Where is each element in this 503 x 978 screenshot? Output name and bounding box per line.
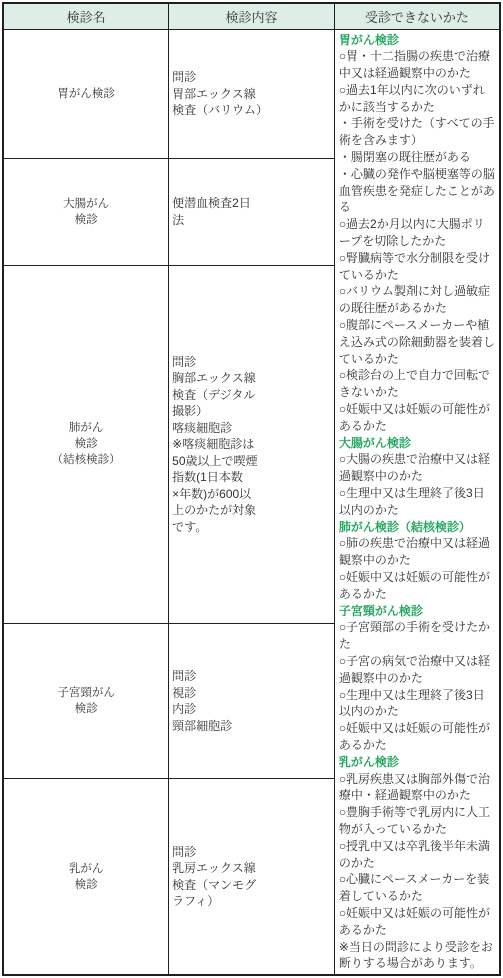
restriction-item: ・心臓の発作や脳梗塞等の脳血管疾患を発症したことがある bbox=[339, 166, 495, 216]
column-header-exam-content: 検診内容 bbox=[169, 3, 335, 29]
page: 検診名 検診内容 受診できないかた 胃がん検診 問診 胃部エックス線 検査（バリ… bbox=[0, 0, 503, 978]
column-header-exam-name: 検診名 bbox=[3, 3, 169, 29]
exam-name-breast: 乳がん 検診 bbox=[3, 779, 169, 975]
restriction-item: ○子宮の病気で治療中又は経過観察中のかた bbox=[339, 653, 495, 687]
restriction-item: ○腎臓病等で水分制限を受けているかた bbox=[339, 250, 495, 284]
exam-name-cervical: 子宮頸がん 検診 bbox=[3, 624, 169, 779]
restriction-heading-cervical: 子宮頸がん検診 bbox=[339, 603, 495, 620]
restriction-item: ○胃・十二指腸の疾患で治療中又は経過観察中のかた bbox=[339, 48, 495, 82]
restriction-item: ・手術を受けた（すべての手術を含みます） bbox=[339, 115, 495, 149]
restriction-item: ○バリウム製剤に対し過敏症の既往歴があるかた bbox=[339, 283, 495, 317]
restriction-item: ○過去2か月以内に大腸ポリープを切除したかた bbox=[339, 216, 495, 250]
restriction-heading-stomach: 胃がん検診 bbox=[339, 32, 495, 49]
restriction-section-lung: 肺がん検診（結核検診） ○肺の疾患で治療中又は経過観察中のかた ○妊娠中又は妊娠… bbox=[339, 519, 495, 603]
restriction-item: ○生理中又は生理終了後3日以内のかた bbox=[339, 485, 495, 519]
restriction-item: ○妊娠中又は妊娠の可能性があるかた bbox=[339, 569, 495, 603]
exam-name-lung: 肺がん 検診 （結核検診） bbox=[3, 265, 169, 624]
exam-content-stomach: 問診 胃部エックス線 検査（バリウム） bbox=[169, 29, 335, 159]
exam-content-cervical: 問診 視診 内診 頸部細胞診 bbox=[169, 624, 335, 779]
exam-content-breast: 問診 乳房エックス線 検査（マンモグ ラフィ） bbox=[169, 779, 335, 975]
restriction-section-colorectal: 大腸がん検診 ○大腸の疾患で治療中又は経過観察中のかた ○生理中又は生理終了後3… bbox=[339, 435, 495, 519]
column-header-restrictions: 受診できないかた bbox=[334, 3, 500, 29]
restriction-section-breast: 乳がん検診 ○乳房疾患又は胸部外傷で治療中・経過観察中のかた ○豊胸手術等で乳房… bbox=[339, 754, 495, 972]
restriction-item: ○心臓にペースメーカーを装着しているかた bbox=[339, 871, 495, 905]
restriction-section-cervical: 子宮頸がん検診 ○子宮頸部の手術を受けたかた ○子宮の病気で治療中又は経過観察中… bbox=[339, 603, 495, 754]
restriction-item: ・腸閉塞の既往歴がある bbox=[339, 149, 495, 166]
exam-name-stomach: 胃がん検診 bbox=[3, 29, 169, 159]
exam-name-colorectal: 大腸がん 検診 bbox=[3, 159, 169, 265]
screening-table: 検診名 検診内容 受診できないかた 胃がん検診 問診 胃部エックス線 検査（バリ… bbox=[2, 2, 501, 976]
restriction-item: ○授乳中又は卒乳後半年未満のかた bbox=[339, 838, 495, 872]
restriction-item: ○乳房疾患又は胸部外傷で治療中・経過観察中のかた bbox=[339, 771, 495, 805]
restriction-item: ○検診台の上で自力で回転できないかた bbox=[339, 367, 495, 401]
restriction-item: ○子宮頸部の手術を受けたかた bbox=[339, 619, 495, 653]
restriction-item: ○生理中又は生理終了後3日以内のかた bbox=[339, 687, 495, 721]
restriction-section-stomach: 胃がん検診 ○胃・十二指腸の疾患で治療中又は経過観察中のかた ○過去1年以内に次… bbox=[339, 32, 495, 435]
restriction-heading-colorectal: 大腸がん検診 bbox=[339, 435, 495, 452]
header-row: 検診名 検診内容 受診できないかた bbox=[3, 3, 500, 29]
restriction-item: ○過去1年以内に次のいずれかに該当するかた bbox=[339, 82, 495, 116]
restriction-item: ○妊娠中又は妊娠の可能性があるかた bbox=[339, 401, 495, 435]
restriction-item: ○肺の疾患で治療中又は経過観察中のかた bbox=[339, 535, 495, 569]
restriction-item: ○大腸の疾患で治療中又は経過観察中のかた bbox=[339, 451, 495, 485]
restriction-item: ○妊娠中又は妊娠の可能性があるかた bbox=[339, 720, 495, 754]
exam-content-colorectal: 便潜血検査2日 法 bbox=[169, 159, 335, 265]
restriction-item: ○腹部にペースメーカーや植え込み式の除細動器を装着しているかた bbox=[339, 317, 495, 367]
restriction-note: ※当日の問診により受診をお断りする場合があります。 bbox=[339, 939, 495, 973]
restriction-item: ○豊胸手術等で乳房内に人工物が入っているかた bbox=[339, 804, 495, 838]
table-row: 胃がん検診 問診 胃部エックス線 検査（バリウム） 胃がん検診 ○胃・十二指腸の… bbox=[3, 29, 500, 159]
restriction-item: ○妊娠中又は妊娠の可能性があるかた bbox=[339, 905, 495, 939]
restrictions-cell: 胃がん検診 ○胃・十二指腸の疾患で治療中又は経過観察中のかた ○過去1年以内に次… bbox=[334, 29, 500, 975]
restriction-heading-lung: 肺がん検診（結核検診） bbox=[339, 519, 495, 536]
restriction-heading-breast: 乳がん検診 bbox=[339, 754, 495, 771]
exam-content-lung: 問診 胸部エックス線 検査（デジタル 撮影） 喀痰細胞診 ※喀痰細胞診は 50歳… bbox=[169, 265, 335, 624]
